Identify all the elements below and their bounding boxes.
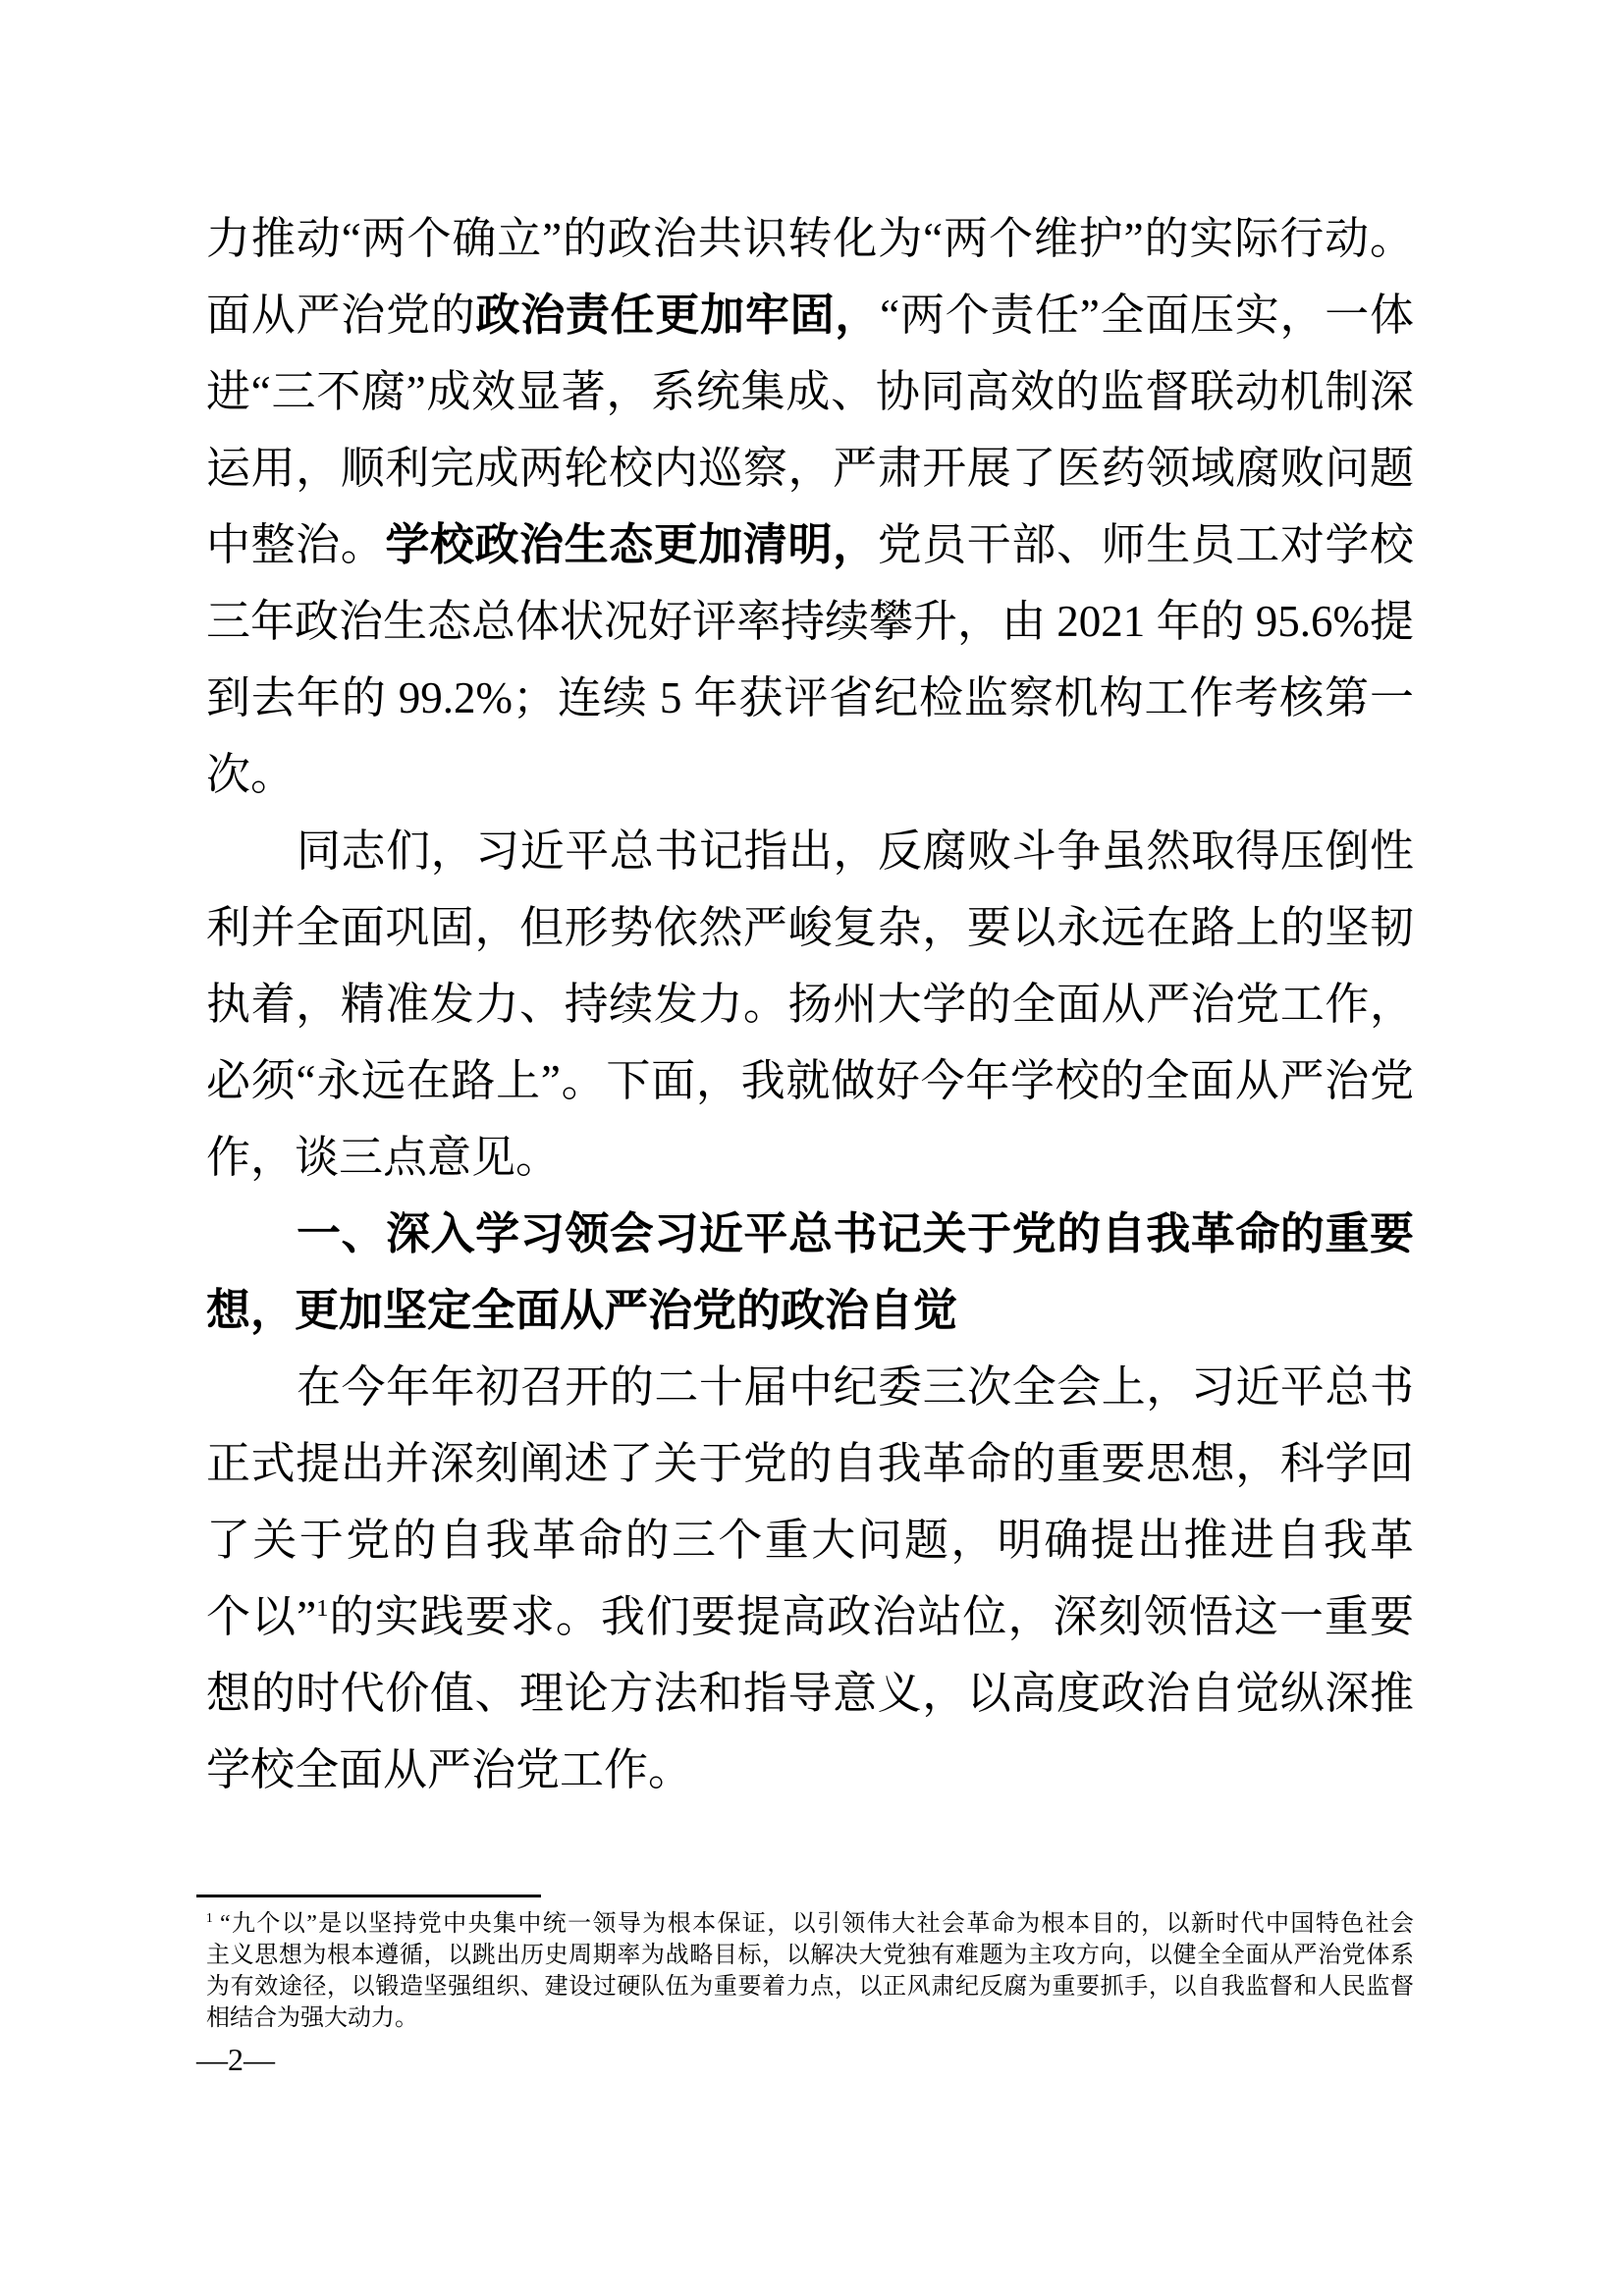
footnote-ref-superscript: 1 [206, 1910, 213, 1925]
text-segment: 运用，顺利完成两轮校内巡察，严肃开展了医药领域腐败问题集 [206, 444, 1414, 507]
text-segment: 力推动“两个确立”的政治共识转化为“两个维护”的实际行动。全 [206, 214, 1414, 277]
body-line: 次。 [206, 736, 1414, 813]
text-segment: 正式提出并深刻阐述了关于党的自我革命的重要思想，科学回答 [206, 1439, 1414, 1502]
body-line: 正式提出并深刻阐述了关于党的自我革命的重要思想，科学回答 [206, 1425, 1414, 1502]
body-line: 作，谈三点意见。 [206, 1119, 1414, 1196]
text-segment: 想，更加坚定全面从严治党的政治自觉 [206, 1285, 957, 1335]
text-segment: 三年政治生态总体状况好评率持续攀升，由 2021 年的 95.6%提高 [206, 597, 1414, 660]
text-segment: 在今年年初召开的二十届中纪委三次全会上，习近平总书记 [297, 1362, 1414, 1425]
footnote-line: 1 “九个以”是以坚持党中央集中统一领导为根本保证，以引领伟大社会革命为根本目的… [206, 1908, 1414, 1940]
body-line: 必须“永远在路上”。下面，我就做好今年学校的全面从严治党工 [206, 1042, 1414, 1119]
footnote-line: 相结合为强大动力。 [206, 2002, 1414, 2034]
text-segment: 主义思想为根本遵循，以跳出历史周期率为战略目标，以解决大党独有难题为主攻方向，以… [206, 1943, 1414, 1968]
text-segment: 到去年的 99.2%；连续 5 年获评省纪检监察机构工作考核第一等 [206, 673, 1414, 736]
page-number: —2— [196, 2042, 275, 2077]
document-body: 力推动“两个确立”的政治共识转化为“两个维护”的实际行动。全面从严治党的政治责任… [206, 200, 1414, 1808]
footnote-block: 1 “九个以”是以坚持党中央集中统一领导为根本保证，以引领伟大社会革命为根本目的… [206, 1908, 1414, 2034]
text-segment: 次。 [206, 750, 295, 799]
body-line: 利并全面巩固，但形势依然严峻复杂，要以永远在路上的坚韧和 [206, 889, 1414, 966]
body-line: 三年政治生态总体状况好评率持续攀升，由 2021 年的 95.6%提高 [206, 583, 1414, 660]
heading-line: 想，更加坚定全面从严治党的政治自觉 [206, 1272, 1414, 1349]
text-segment: 个以” [206, 1592, 316, 1641]
text-segment: “九个以”是以坚持党中央集中统一领导为根本保证，以引领伟大社会革命为根本目的，以… [213, 1911, 1414, 1937]
body-line: 学校全面从严治党工作。 [206, 1732, 1414, 1808]
heading-line: 一、深入学习领会习近平总书记关于党的自我革命的重要思 [206, 1196, 1414, 1272]
footnote-separator [196, 1895, 541, 1897]
body-line: 了关于党的自我革命的三个重大问题，明确提出推进自我革命“九 [206, 1502, 1414, 1578]
body-line: 在今年年初召开的二十届中纪委三次全会上，习近平总书记 [206, 1349, 1414, 1425]
body-line: 想的时代价值、理论方法和指导意义，以高度政治自觉纵深推进 [206, 1655, 1414, 1732]
text-segment: 必须“永远在路上”。下面，我就做好今年学校的全面从严治党工 [206, 1056, 1414, 1119]
text-segment: 为有效途径，以锻造坚强组织、建设过硬队伍为重要着力点，以正风肃纪反腐为重要抓手，… [206, 1974, 1414, 2000]
body-line: 面从严治党的政治责任更加牢固，“两个责任”全面压实，一体推 [206, 277, 1414, 353]
text-segment: 一、深入学习领会习近平总书记关于党的自我革命的重要思 [297, 1208, 1414, 1272]
text-segment: 面从严治党的 [206, 291, 475, 340]
body-line: 个以”1的实践要求。我们要提高政治站位，深刻领悟这一重要思 [206, 1578, 1414, 1655]
footnote-line: 为有效途径，以锻造坚强组织、建设过硬队伍为重要着力点，以正风肃纪反腐为重要抓手，… [206, 1971, 1414, 2002]
text-segment: 利并全面巩固，但形势依然严峻复杂，要以永远在路上的坚韧和 [206, 903, 1414, 966]
document-page: 力推动“两个确立”的政治共识转化为“两个维护”的实际行动。全面从严治党的政治责任… [0, 0, 1624, 2296]
text-segment: 进“三不腐”成效显著，系统集成、协同高效的监督联动机制深化 [206, 367, 1414, 430]
footnote-ref-superscript: 1 [316, 1595, 328, 1622]
body-line: 到去年的 99.2%；连续 5 年获评省纪检监察机构工作考核第一等 [206, 660, 1414, 736]
text-segment: 作，谈三点意见。 [206, 1133, 560, 1182]
footnote-line: 主义思想为根本遵循，以跳出历史周期率为战略目标，以解决大党独有难题为主攻方向，以… [206, 1940, 1414, 1971]
bold-text-segment: 政治责任更加牢固， [475, 291, 880, 340]
text-segment: 相结合为强大动力。 [206, 2005, 418, 2031]
text-segment: 想的时代价值、理论方法和指导意义，以高度政治自觉纵深推进 [206, 1669, 1414, 1732]
text-segment: 了关于党的自我革命的三个重大问题，明确提出推进自我革命“九 [206, 1516, 1414, 1578]
text-segment: 的实践要求。我们要提高政治站位，深刻领悟这一重要思 [206, 1592, 1414, 1655]
text-segment: 中整治。 [206, 520, 385, 569]
text-segment: 学校全面从严治党工作。 [206, 1745, 692, 1794]
body-line: 执着，精准发力、持续发力。扬州大学的全面从严治党工作，也 [206, 966, 1414, 1042]
body-line: 运用，顺利完成两轮校内巡察，严肃开展了医药领域腐败问题集 [206, 430, 1414, 507]
body-line: 中整治。学校政治生态更加清明，党员干部、师生员工对学校近 [206, 507, 1414, 583]
body-line: 进“三不腐”成效显著，系统集成、协同高效的监督联动机制深化 [206, 353, 1414, 430]
text-segment: 执着，精准发力、持续发力。扬州大学的全面从严治党工作，也 [206, 980, 1414, 1042]
bold-text-segment: 学校政治生态更加清明， [385, 520, 877, 569]
text-segment: 同志们，习近平总书记指出，反腐败斗争虽然取得压倒性胜 [297, 827, 1414, 889]
body-line: 力推动“两个确立”的政治共识转化为“两个维护”的实际行动。全 [206, 200, 1414, 277]
body-line: 同志们，习近平总书记指出，反腐败斗争虽然取得压倒性胜 [206, 813, 1414, 889]
